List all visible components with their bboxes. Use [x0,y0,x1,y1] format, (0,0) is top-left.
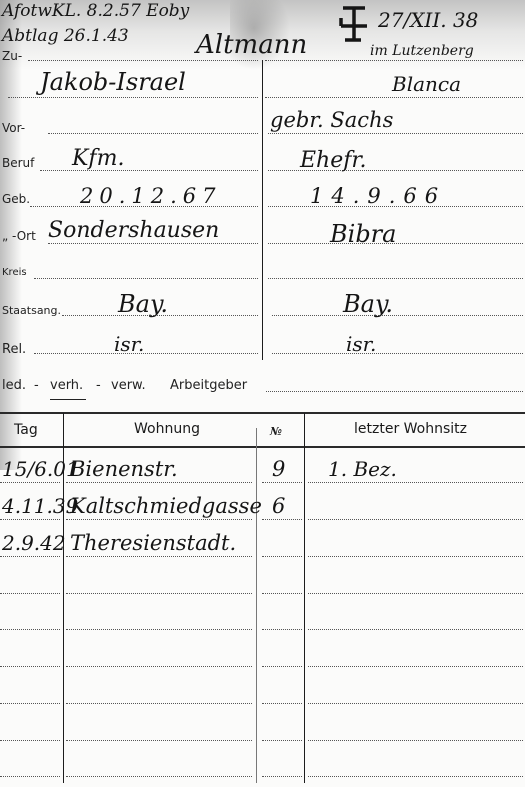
column-header-tag: Tag [14,423,38,437]
wife-maiden-name: gebr. Sachs [270,110,393,131]
marital-ledig: led. [2,379,26,392]
label-staatsang: Staatsang. [2,305,61,316]
header-annotation-line2: Abtlag 26.1.43 [2,28,129,45]
dotted-line [66,556,252,557]
wife-birth-date: 14.9.66 [310,186,446,207]
surname: Altmann [196,32,307,58]
dotted-line [308,703,523,704]
dotted-line [308,629,523,630]
label-vorname: Vor- [2,122,25,134]
dotted-line [308,556,523,557]
dotted-line [268,133,523,134]
label-beruf: Beruf [2,157,34,169]
column-header-letzter-wohnsitz: letzter Wohnsitz [354,422,467,436]
dotted-line [66,703,252,704]
wife-religion: isr. [346,334,376,354]
marital-verh: verh. [50,379,83,392]
dotted-line [0,740,60,741]
dotted-line [48,133,258,134]
table-cell-wohnung: Kaltschmiedgasse [70,496,262,517]
table-cell-wohnung: Bienenstr. [70,459,178,480]
label-geb: Geb. [2,193,30,205]
table-cell-wohnung: Theresienstadt. [70,533,236,554]
dotted-line [34,353,258,354]
table-top-border [0,412,525,414]
dotted-line [66,776,252,777]
label-rel: Rel. [2,343,26,356]
dotted-line [0,666,60,667]
husband-citizenship: Bay. [118,292,168,316]
dotted-line [265,97,523,98]
dotted-line [0,703,60,704]
dotted-line [272,315,523,316]
table-cell-tag: 15/6.01 [2,459,79,479]
dotted-line [308,593,523,594]
table-cell-nr: 9 [272,459,285,480]
column-header-nr: № [270,426,282,437]
dotted-line [262,776,302,777]
label-kreis: Kreis [2,268,27,278]
dotted-line [66,740,252,741]
dotted-line [262,666,302,667]
dotted-line [262,482,302,483]
dotted-line [8,97,258,98]
dotted-line [66,666,252,667]
dotted-line [308,519,523,520]
label-arbeitgeber: Arbeitgeber [170,379,247,392]
dotted-line [34,278,258,279]
husband-first-name: Jakob-Israel [40,70,186,94]
wife-citizenship: Bay. [343,292,393,316]
husband-occupation: Kfm. [72,148,124,170]
dotted-line [308,482,523,483]
dotted-line [262,519,302,520]
table-cell-letzter-wohnsitz: 1. Bez. [328,459,397,479]
dotted-line [66,519,252,520]
marital-verh-underline [50,399,86,400]
dotted-line [66,482,252,483]
label-ort: „ -Ort [2,230,36,242]
dotted-line [308,666,523,667]
dotted-line [262,740,302,741]
wife-birth-place: Bibra [330,222,396,246]
wife-occupation: Ehefr. [300,150,366,172]
dotted-line [272,353,523,354]
table-header-border [0,446,525,448]
dotted-line [66,629,252,630]
dotted-line [262,703,302,704]
label-zuname: Zu- [2,50,22,62]
dotted-line [265,60,523,61]
column-divider [256,428,257,783]
dotted-line [66,593,252,594]
wife-first-name: Blanca [392,74,461,94]
dotted-line [266,391,523,392]
registration-date: 27/XII. 38 [378,10,478,30]
column-divider [262,60,263,360]
husband-birth-place: Sondershausen [48,220,219,242]
husband-birth-date: 20.12.67 [80,186,222,207]
column-header-wohnung: Wohnung [134,422,200,436]
dotted-line [0,629,60,630]
marital-separator: - [96,379,101,392]
dotted-line [268,278,523,279]
header-annotation-line1: AfotwKL. 8.2.57 Eoby [2,3,189,20]
dotted-line [0,556,60,557]
dotted-line [28,60,258,61]
dotted-line [0,482,60,483]
dotted-line [0,593,60,594]
cross-icon [339,4,369,44]
dotted-line [308,740,523,741]
wife-note: im Lutzenberg [370,44,474,58]
dotted-line [48,243,258,244]
dotted-line [308,776,523,777]
table-cell-nr: 6 [272,496,285,517]
dotted-line [262,629,302,630]
dotted-line [262,556,302,557]
marital-separator: - [34,379,39,392]
registration-card: AfotwKL. 8.2.57 Eoby Abtlag 26.1.43 27/X… [0,0,525,787]
dotted-line [0,776,60,777]
dotted-line [0,519,60,520]
table-cell-tag: 4.11.39 [2,496,78,516]
husband-religion: isr. [114,334,144,354]
table-cell-tag: 2.9.42 [2,533,66,553]
marital-verw: verw. [111,379,146,392]
column-divider [304,413,305,783]
dotted-line [262,593,302,594]
